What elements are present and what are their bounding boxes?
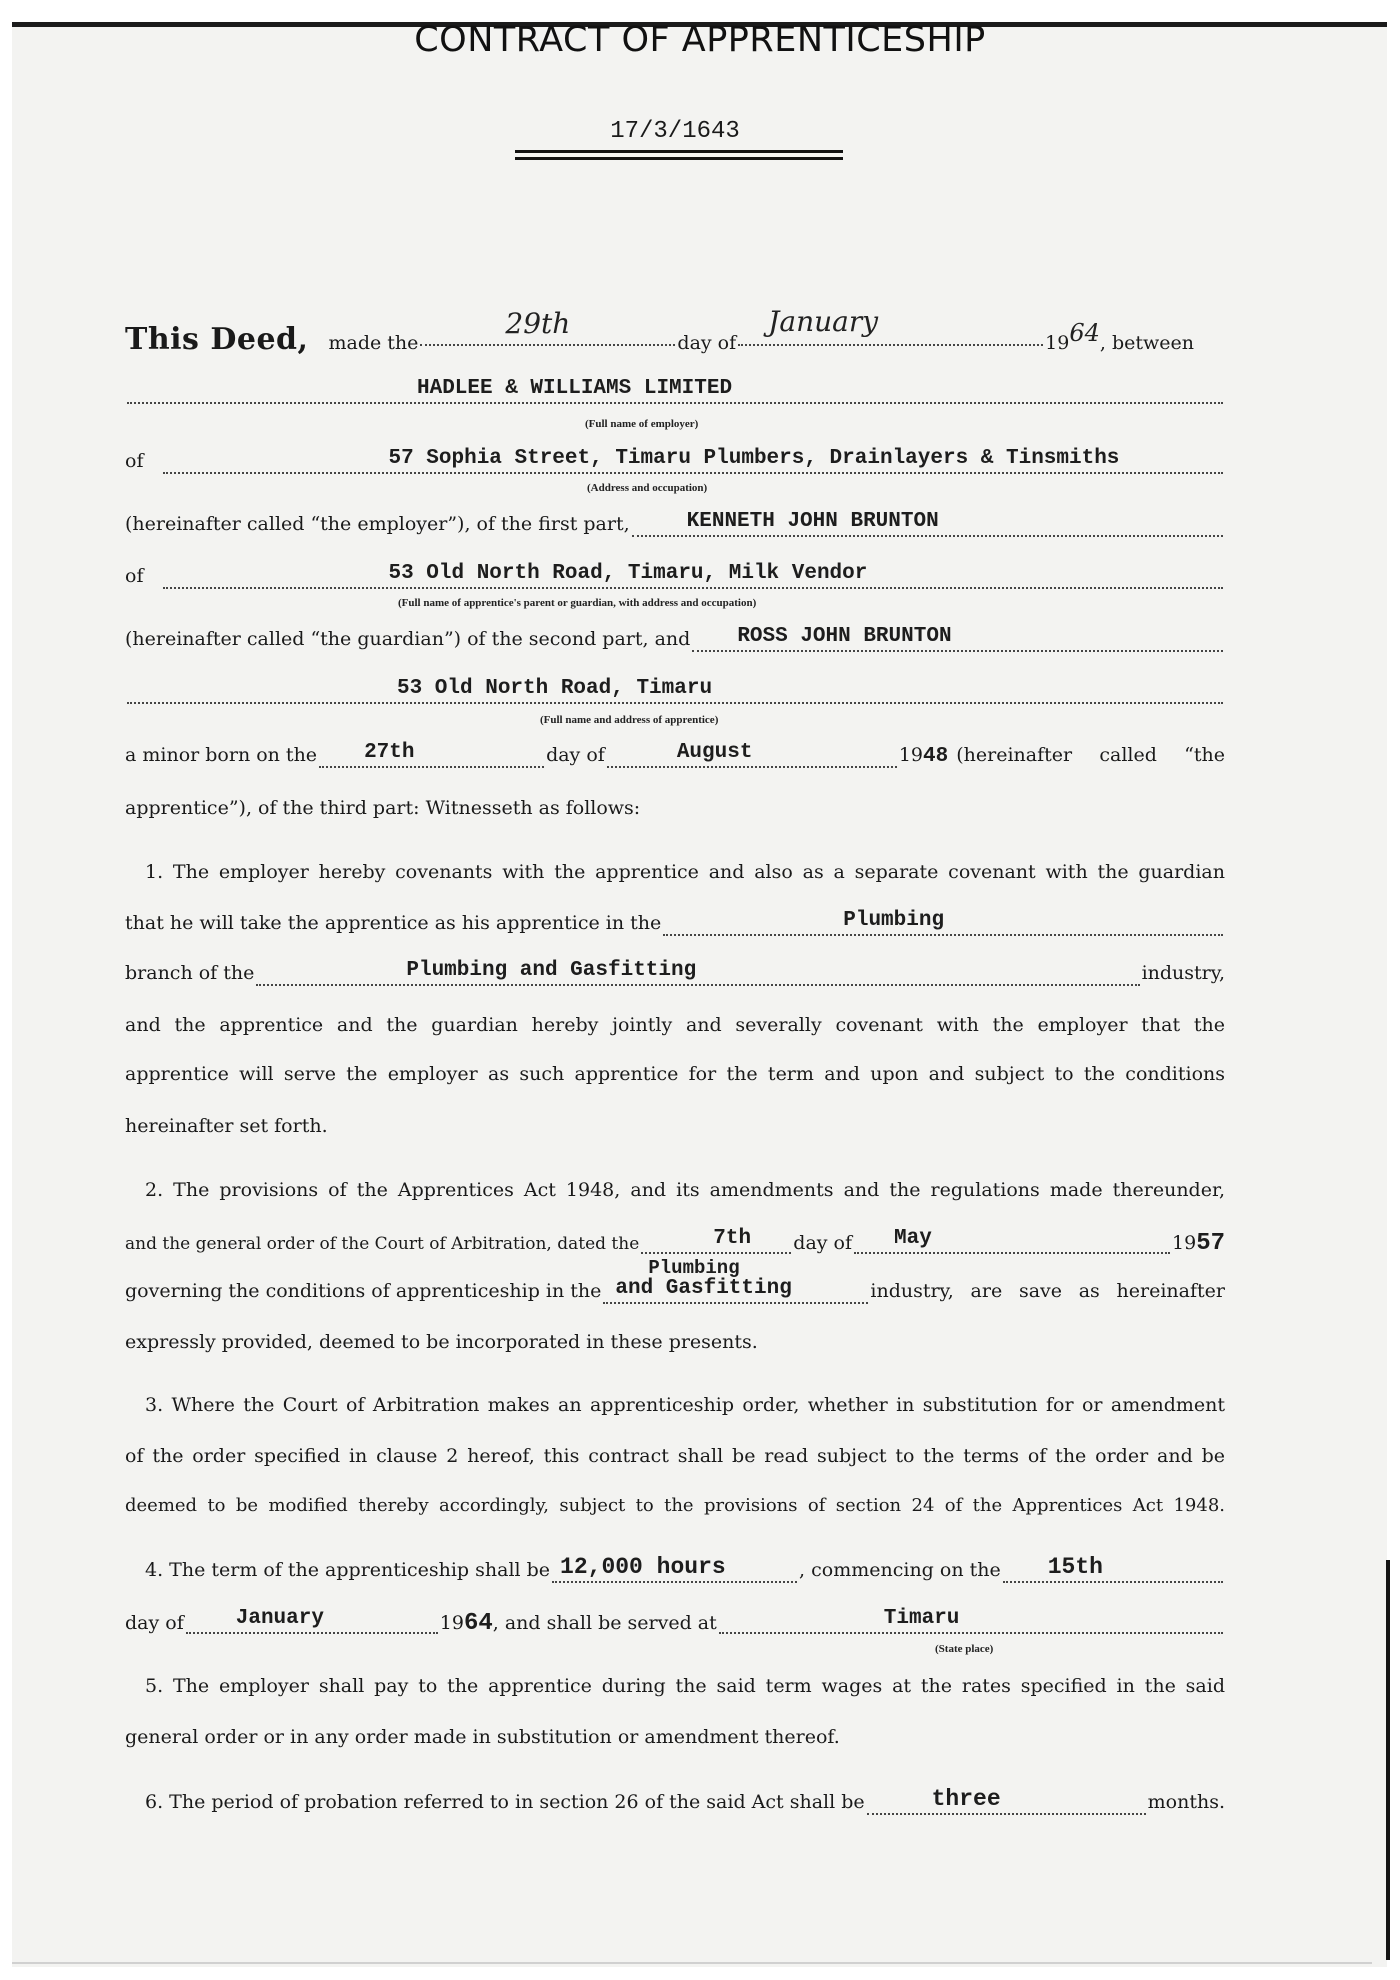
employer-name-line: HADLEE & WILLIAMS LIMITED xyxy=(125,380,1225,410)
clause-4-start-line: day of January 19 64 , and shall be serv… xyxy=(125,1610,1225,1640)
leader: Timaru xyxy=(719,1631,1223,1634)
label-day-of: day of xyxy=(677,332,736,354)
leader: three xyxy=(867,1812,1146,1815)
leader: HADLEE & WILLIAMS LIMITED xyxy=(127,401,1223,404)
birth-day[interactable]: 27th xyxy=(364,741,414,764)
employer-address[interactable]: 57 Sophia Street, Timaru Plumbers, Drain… xyxy=(388,447,1119,470)
label-minor-born: a minor born on the xyxy=(125,744,317,766)
reference-number: 17/3/1643 xyxy=(510,118,840,145)
employer-name[interactable]: HADLEE & WILLIAMS LIMITED xyxy=(417,377,732,400)
clause-1-branch-line: that he will take the apprentice as his … xyxy=(125,912,1225,942)
clause-3-line-3: deemed to be modified thereby accordingl… xyxy=(125,1495,1225,1516)
apprentice-name-line: (hereinafter called “the guardian”) of t… xyxy=(125,628,1225,658)
label-of: of xyxy=(125,565,143,587)
leader: 7th xyxy=(641,1251,791,1254)
label-industry: industry, xyxy=(1142,962,1225,984)
clause-2-line-3: governing the conditions of apprenticesh… xyxy=(125,1280,601,1302)
apprentice-address-line: 53 Old North Road, Timaru xyxy=(125,680,1225,710)
clause-3-line-1: 3. Where the Court of Arbitration makes … xyxy=(125,1394,1225,1416)
clause-1-line-4: and the apprentice and the guardian here… xyxy=(125,1014,1225,1036)
label-of: of xyxy=(125,450,143,472)
handwritten-year[interactable]: 64 xyxy=(1069,319,1100,347)
leader: 15th xyxy=(1003,1580,1223,1583)
clause-4-line-1: 4. The term of the apprenticeship shall … xyxy=(145,1559,550,1581)
clause-2-line-4: expressly provided, deemed to be incorpo… xyxy=(125,1331,1225,1353)
industry-value-line-2[interactable]: and Gasfitting xyxy=(615,1277,791,1300)
leader: January xyxy=(738,343,1043,346)
page-bottom-edge xyxy=(12,1962,1372,1964)
label-commencing: , commencing on the xyxy=(799,1559,1001,1581)
leader: 53 Old North Road, Timaru, Milk Vendor xyxy=(163,586,1223,589)
guardian-name[interactable]: KENNETH JOHN BRUNTON xyxy=(687,510,939,533)
order-day[interactable]: 7th xyxy=(713,1227,751,1250)
year-prefix: 19 xyxy=(440,1612,464,1634)
year-prefix: 19 xyxy=(899,744,923,766)
place-value[interactable]: Timaru xyxy=(884,1607,960,1630)
employer-name-caption: (Full name of employer) xyxy=(585,418,698,430)
clause-1-industry-line: branch of the Plumbing and Gasfitting in… xyxy=(125,962,1225,992)
year-prefix: 19 xyxy=(1045,332,1069,354)
leader: January xyxy=(186,1631,438,1634)
guardian-name-line: (hereinafter called “the employer”), of … xyxy=(125,513,1225,543)
clause-2-industry-line: governing the conditions of apprenticesh… xyxy=(125,1280,1225,1310)
label-made-the: made the xyxy=(328,332,418,354)
label-day-of: day of xyxy=(546,744,605,766)
employer-clause: (hereinafter called “the employer”), of … xyxy=(125,513,630,535)
apprentice-caption: (Full name and address of apprentice) xyxy=(540,714,718,726)
clause-2-line-3-suffix: industry, are save as hereinafter xyxy=(870,1280,1225,1302)
double-underline-top xyxy=(515,150,843,153)
leader: Plumbing and Gasfitting xyxy=(603,1301,868,1304)
label-day-of: day of xyxy=(793,1232,852,1254)
leader: August xyxy=(607,765,897,768)
clause-4-term-line: 4. The term of the apprenticeship shall … xyxy=(125,1559,1225,1589)
clause-1-line-5: apprentice will serve the employer as su… xyxy=(125,1063,1225,1085)
label-served-at: , and shall be served at xyxy=(493,1612,717,1634)
clause-1-line-3: branch of the xyxy=(125,962,254,984)
clause-2-line-2: and the general order of the Court of Ar… xyxy=(125,1234,639,1254)
industry-value[interactable]: Plumbing and Gasfitting xyxy=(406,959,696,982)
clause-2-line-1: 2. The provisions of the Apprentices Act… xyxy=(125,1179,1225,1201)
industry-value-line-1[interactable]: Plumbing xyxy=(648,1257,739,1279)
guardian-address[interactable]: 53 Old North Road, Timaru, Milk Vendor xyxy=(388,562,867,585)
clause-1-line-2: that he will take the apprentice as his … xyxy=(125,912,661,934)
birth-year[interactable]: 48 xyxy=(923,745,948,768)
leader: 12,000 hours xyxy=(552,1580,797,1583)
probation-value[interactable]: three xyxy=(932,1786,1001,1812)
clause-5-line-1: 5. The employer shall pay to the apprent… xyxy=(125,1675,1225,1697)
place-caption: (State place) xyxy=(935,1643,993,1655)
guardian-clause: (hereinafter called “the guardian”) of t… xyxy=(125,628,690,650)
apprentice-address[interactable]: 53 Old North Road, Timaru xyxy=(397,677,712,700)
clause-2-date-line: and the general order of the Court of Ar… xyxy=(125,1230,1225,1260)
branch-value[interactable]: Plumbing xyxy=(843,909,944,932)
clause-1-line-1: 1. The employer hereby covenants with th… xyxy=(125,861,1225,883)
leader: ROSS JOHN BRUNTON xyxy=(692,649,1223,652)
leader: KENNETH JOHN BRUNTON xyxy=(632,534,1223,537)
handwritten-day[interactable]: 29th xyxy=(505,307,570,340)
label-months: months. xyxy=(1148,1791,1225,1813)
year-prefix: 19 xyxy=(1172,1232,1196,1254)
label-between: , between xyxy=(1100,332,1194,354)
document-title: CONTRACT OF APPRENTICESHIP xyxy=(0,20,1400,60)
term-value[interactable]: 12,000 hours xyxy=(560,1554,726,1580)
start-day[interactable]: 15th xyxy=(1048,1554,1103,1580)
order-month[interactable]: May xyxy=(894,1227,932,1250)
birth-suffix: (hereinafter called “the xyxy=(956,744,1225,766)
clause-1-line-6: hereinafter set forth. xyxy=(125,1115,1225,1137)
label-day-of: day of xyxy=(125,1612,184,1634)
double-underline-bottom xyxy=(515,157,843,160)
guardian-address-line: of 53 Old North Road, Timaru, Milk Vendo… xyxy=(125,565,1225,595)
clause-6-line: 6. The period of probation referred to i… xyxy=(125,1791,1225,1821)
start-month[interactable]: January xyxy=(236,1607,324,1630)
deed-opening: This Deed, xyxy=(125,322,308,357)
birth-date-line: a minor born on the 27th day of August 1… xyxy=(125,744,1225,774)
birth-month[interactable]: August xyxy=(677,741,753,764)
clause-5-line-2: general order or in any order made in su… xyxy=(125,1726,1225,1748)
handwritten-month[interactable]: January xyxy=(768,305,878,338)
apprentice-name[interactable]: ROSS JOHN BRUNTON xyxy=(737,625,951,648)
employer-address-line: of 57 Sophia Street, Timaru Plumbers, Dr… xyxy=(125,450,1225,480)
deed-date-line: This Deed, made the 29th day of January … xyxy=(125,322,1225,352)
leader: 29th xyxy=(420,343,675,346)
leader: Plumbing xyxy=(663,933,1223,936)
page-edge-border xyxy=(1386,1560,1390,1960)
third-part-line: apprentice”), of the third part: Witness… xyxy=(125,797,1225,819)
leader: Plumbing and Gasfitting xyxy=(256,983,1139,986)
guardian-caption: (Full name of apprentice's parent or gua… xyxy=(398,597,756,609)
order-year[interactable]: 57 xyxy=(1196,1230,1225,1257)
clause-3-line-2: of the order specified in clause 2 hereo… xyxy=(125,1445,1225,1467)
clause-6-prefix: 6. The period of probation referred to i… xyxy=(145,1791,865,1813)
leader: 27th xyxy=(319,765,544,768)
employer-address-caption: (Address and occupation) xyxy=(587,482,707,494)
leader: 53 Old North Road, Timaru xyxy=(127,701,1223,704)
leader: 57 Sophia Street, Timaru Plumbers, Drain… xyxy=(163,471,1223,474)
start-year[interactable]: 64 xyxy=(464,1610,493,1637)
leader: May xyxy=(854,1251,1170,1254)
